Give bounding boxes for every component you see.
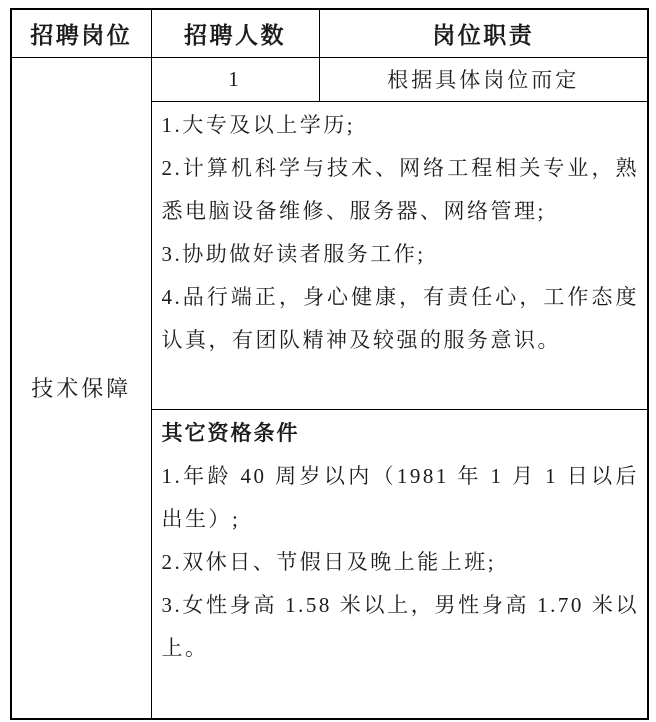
requirement-item: 1.大专及以上学历; (162, 104, 640, 147)
header-duty: 岗位职责 (319, 9, 648, 57)
requirement-item: 4.品行端正，身心健康，有责任心，工作态度认真，有团队精神及较强的服务意识。 (162, 276, 640, 362)
header-row: 招聘岗位 招聘人数 岗位职责 (11, 9, 648, 57)
position-cell: 技术保障 (11, 57, 151, 719)
duty-cell: 根据具体岗位而定 (319, 57, 648, 101)
recruitment-table: 招聘岗位 招聘人数 岗位职责 技术保障 1 根据具体岗位而定 1.大专及以上学历… (10, 8, 649, 720)
requirement-item: 3.协助做好读者服务工作; (162, 233, 640, 276)
headcount-cell: 1 (151, 57, 319, 101)
other-qualifications-cell: 其它资格条件 1.年龄 40 周岁以内（1981 年 1 月 1 日以后出生）;… (151, 409, 648, 719)
requirements-cell: 1.大专及以上学历; 2.计算机科学与技术、网络工程相关专业，熟悉电脑设备维修、… (151, 101, 648, 409)
qualification-item: 1.年龄 40 周岁以内（1981 年 1 月 1 日以后出生）; (162, 455, 640, 541)
qualification-item: 2.双休日、节假日及晚上能上班; (162, 541, 640, 584)
qualification-item: 3.女性身高 1.58 米以上，男性身高 1.70 米以上。 (162, 584, 640, 670)
header-headcount: 招聘人数 (151, 9, 319, 57)
header-position: 招聘岗位 (11, 9, 151, 57)
summary-row: 技术保障 1 根据具体岗位而定 (11, 57, 648, 101)
requirement-item: 2.计算机科学与技术、网络工程相关专业，熟悉电脑设备维修、服务器、网络管理; (162, 147, 640, 233)
other-qualifications-title: 其它资格条件 (162, 412, 640, 455)
